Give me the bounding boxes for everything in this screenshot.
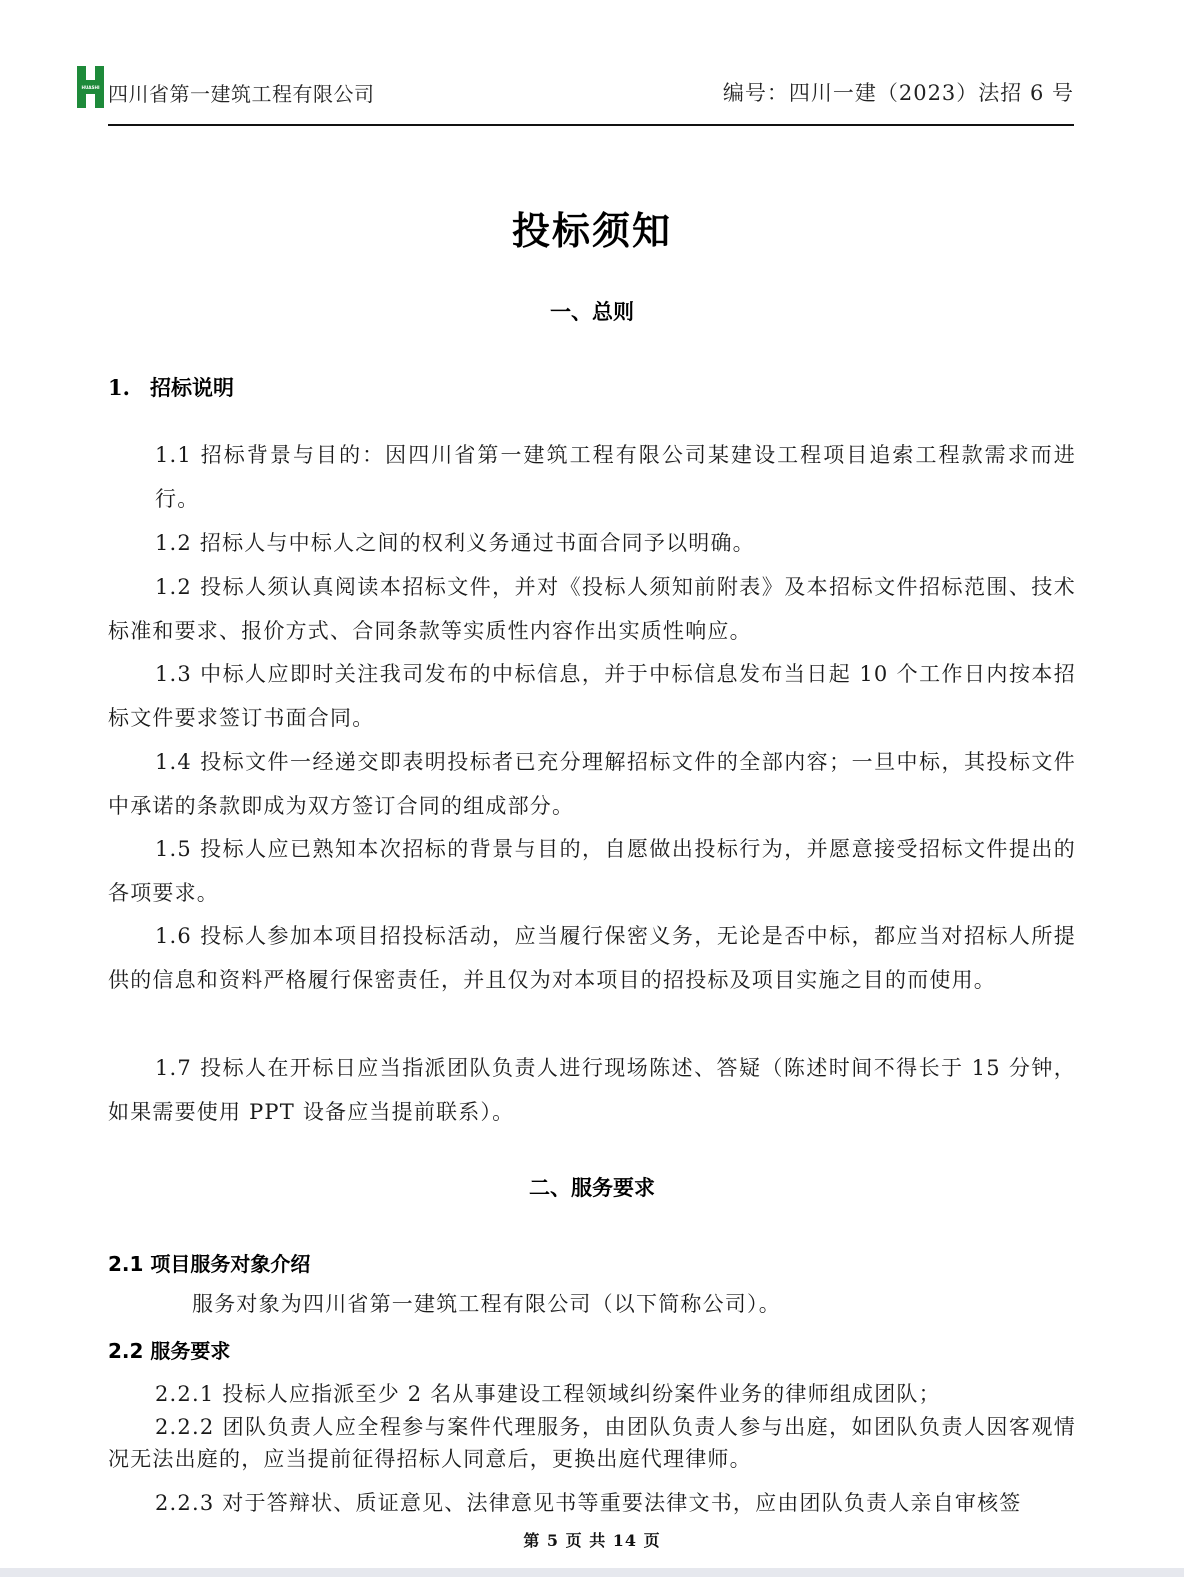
header-divider xyxy=(108,124,1074,126)
document-number: 编号：四川一建（2023）法招 6 号 xyxy=(723,77,1074,107)
paragraph-1-4: 1.4 投标文件一经递交即表明投标者已充分理解招标文件的全部内容；一旦中标，其投… xyxy=(108,740,1076,828)
subsection-heading-tender-description: 1.招标说明 xyxy=(108,372,234,402)
paragraph-text: 1.3 中标人应即时关注我司发布的中标信息，并于中标信息发布当日起 10 个工作… xyxy=(108,662,1076,730)
paragraph-text: 2.2.1 投标人应指派至少 2 名从事建设工程领域纠纷案件业务的律师组成团队； xyxy=(155,1382,941,1406)
paragraph-1-2a: 1.2 招标人与中标人之间的权利义务通过书面合同予以明确。 xyxy=(108,521,1076,565)
page-indicator: 第 5 页 共 14 页 xyxy=(0,1528,1184,1551)
subsection-number: 1. xyxy=(108,375,150,400)
subsection-heading-service-target: 2.1 项目服务对象介绍 xyxy=(108,1248,310,1277)
paragraph-text: 2.2.3 对于答辩状、质证意见、法律意见书等重要法律文书，应由团队负责人亲自审… xyxy=(155,1491,1022,1515)
paragraph-text: 1.5 投标人应已熟知本次招标的背景与目的，自愿做出投标行为，并愿意接受招标文件… xyxy=(108,837,1076,905)
paragraph-text: 1.1 招标背景与目的：因四川省第一建筑工程有限公司某建设工程项目追索工程款需求… xyxy=(155,443,1076,511)
company-logo-icon: HUASHI xyxy=(77,66,104,108)
paragraph-1-1: 1.1 招标背景与目的：因四川省第一建筑工程有限公司某建设工程项目追索工程款需求… xyxy=(108,433,1076,521)
page-title: 投标须知 xyxy=(0,200,1184,255)
paragraph-1-5: 1.5 投标人应已熟知本次招标的背景与目的，自愿做出投标行为，并愿意接受招标文件… xyxy=(108,827,1076,915)
page-bottom-edge xyxy=(0,1568,1184,1577)
paragraph-1-3: 1.3 中标人应即时关注我司发布的中标信息，并于中标信息发布当日起 10 个工作… xyxy=(108,652,1076,740)
paragraph-text: 1.7 投标人在开标日应当指派团队负责人进行现场陈述、答疑（陈述时间不得长于 1… xyxy=(108,1056,1076,1124)
svg-text:HUASHI: HUASHI xyxy=(81,85,100,90)
subsection-title: 招标说明 xyxy=(150,376,234,400)
paragraph-text: 1.2 投标人须认真阅读本招标文件，并对《投标人须知前附表》及本招标文件招标范围… xyxy=(108,575,1076,643)
paragraph-text: 服务对象为四川省第一建筑工程有限公司（以下简称公司）。 xyxy=(192,1292,781,1316)
page-header: HUASHI 四川省第一建筑工程有限公司 编号：四川一建（2023）法招 6 号 xyxy=(0,0,1184,130)
paragraph-text: 1.6 投标人参加本项目招投标活动，应当履行保密义务，无论是否中标，都应当对招标… xyxy=(108,924,1076,992)
paragraph-2-2-2: 2.2.2 团队负责人应全程参与案件代理服务，由团队负责人参与出庭，如团队负责人… xyxy=(108,1411,1076,1475)
paragraph-1-7: 1.7 投标人在开标日应当指派团队负责人进行现场陈述、答疑（陈述时间不得长于 1… xyxy=(108,1046,1076,1134)
paragraph-2-2-3: 2.2.3 对于答辩状、质证意见、法律意见书等重要法律文书，应由团队负责人亲自审… xyxy=(108,1487,1076,1519)
paragraph-1-2b: 1.2 投标人须认真阅读本招标文件，并对《投标人须知前附表》及本招标文件招标范围… xyxy=(108,565,1076,653)
paragraph-text: 1.4 投标文件一经递交即表明投标者已充分理解招标文件的全部内容；一旦中标，其投… xyxy=(108,750,1076,818)
paragraph-text: 1.2 招标人与中标人之间的权利义务通过书面合同予以明确。 xyxy=(155,531,755,555)
subsection-heading-service-requirements: 2.2 服务要求 xyxy=(108,1335,230,1364)
paragraph-text: 2.2.2 团队负责人应全程参与案件代理服务，由团队负责人参与出庭，如团队负责人… xyxy=(108,1415,1076,1471)
paragraph-2-2-1: 2.2.1 投标人应指派至少 2 名从事建设工程领域纠纷案件业务的律师组成团队； xyxy=(108,1378,1076,1410)
section-heading-general: 一、总则 xyxy=(0,296,1184,326)
paragraph-1-6: 1.6 投标人参加本项目招投标活动，应当履行保密义务，无论是否中标，都应当对招标… xyxy=(108,914,1076,1002)
paragraph-2-1: 服务对象为四川省第一建筑工程有限公司（以下简称公司）。 xyxy=(108,1288,1076,1320)
company-name: 四川省第一建筑工程有限公司 xyxy=(108,78,375,107)
section-heading-service-requirements: 二、服务要求 xyxy=(0,1172,1184,1202)
